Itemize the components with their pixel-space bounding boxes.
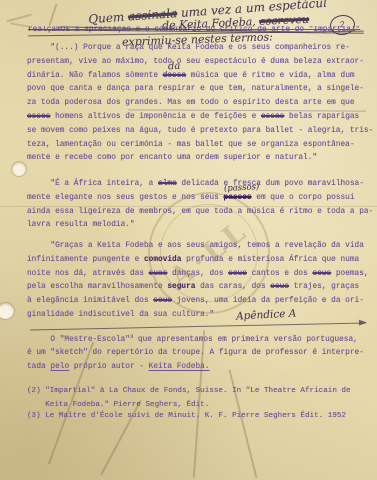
typed-line: presentam, vive ao máximo, todo o seu es… bbox=[27, 56, 373, 70]
handwritten-correction-da: da bbox=[168, 61, 181, 73]
handwritten-text: Quem bbox=[88, 10, 129, 27]
pencil-mark bbox=[6, 14, 32, 22]
typed-line: "Graças a Keita Fodeba e aos seus amigos… bbox=[27, 240, 373, 254]
punch-hole-top bbox=[12, 162, 26, 176]
pen-arrow bbox=[30, 322, 366, 330]
typed-line: à elegância inimitável dos seus jovens, … bbox=[27, 295, 373, 309]
typed-line: "(...) Porque a raça que Keita Fodeba e … bbox=[27, 42, 373, 56]
typed-line: esses homens altivos de imponência e de … bbox=[27, 111, 373, 125]
typed-line: ginalidade indiscutível da sua cultura." bbox=[27, 309, 373, 323]
typed-line: dinária. Não falamos sòmente dessa músic… bbox=[27, 70, 373, 84]
typed-line: infinitamente pungente e comovida profun… bbox=[27, 254, 373, 268]
typed-line: se movem como peixes na água, tudo é pre… bbox=[27, 125, 373, 139]
punch-hole-bottom bbox=[0, 303, 14, 319]
typed-line: O "Mestre-Escola"3 que apresentamos em p… bbox=[27, 333, 373, 347]
typed-line: lavra resulta melodia." bbox=[27, 219, 373, 233]
typed-line: (3) Le Maître d'École suivi de Minuit. K… bbox=[27, 411, 373, 425]
paragraph-1: "(...) Porque a raça que Keita Fodeba e … bbox=[27, 42, 373, 166]
typed-line: mente elegante nos seus gestos e nos seu… bbox=[27, 192, 373, 206]
typed-line: pela escolha maravilhosamente segura das… bbox=[27, 281, 373, 295]
typed-line: ainda essa ligeireza de membros, em que … bbox=[27, 206, 373, 220]
typed-line: noite nos dá, através das suas danças, d… bbox=[27, 268, 373, 282]
typescript-page: A·LL Quem assinala uma vez a um espetácu… bbox=[0, 0, 377, 480]
typed-line: teza, lamentação ou cerimónia - mas ball… bbox=[27, 139, 373, 153]
paragraph-3: "Graças a Keita Fodeba e aos seus amigos… bbox=[27, 240, 373, 323]
typed-line: "É a África inteira, a alma delicada e f… bbox=[27, 178, 373, 192]
typed-line: é um "sketch" do repertório da troupe. A… bbox=[27, 347, 373, 361]
typed-line: povo que canta e dança para respirar e q… bbox=[27, 83, 373, 97]
pencil-slash bbox=[48, 3, 57, 25]
paper-crease bbox=[0, 206, 377, 207]
typed-line: mente e recebe como por encanto uma orde… bbox=[27, 152, 373, 166]
pencil-mark bbox=[10, 22, 30, 27]
footnote-3: (3) Le Maître d'École suivi de Minuit. K… bbox=[27, 411, 373, 425]
handwritten-correction-passos: (passos) bbox=[224, 182, 260, 194]
